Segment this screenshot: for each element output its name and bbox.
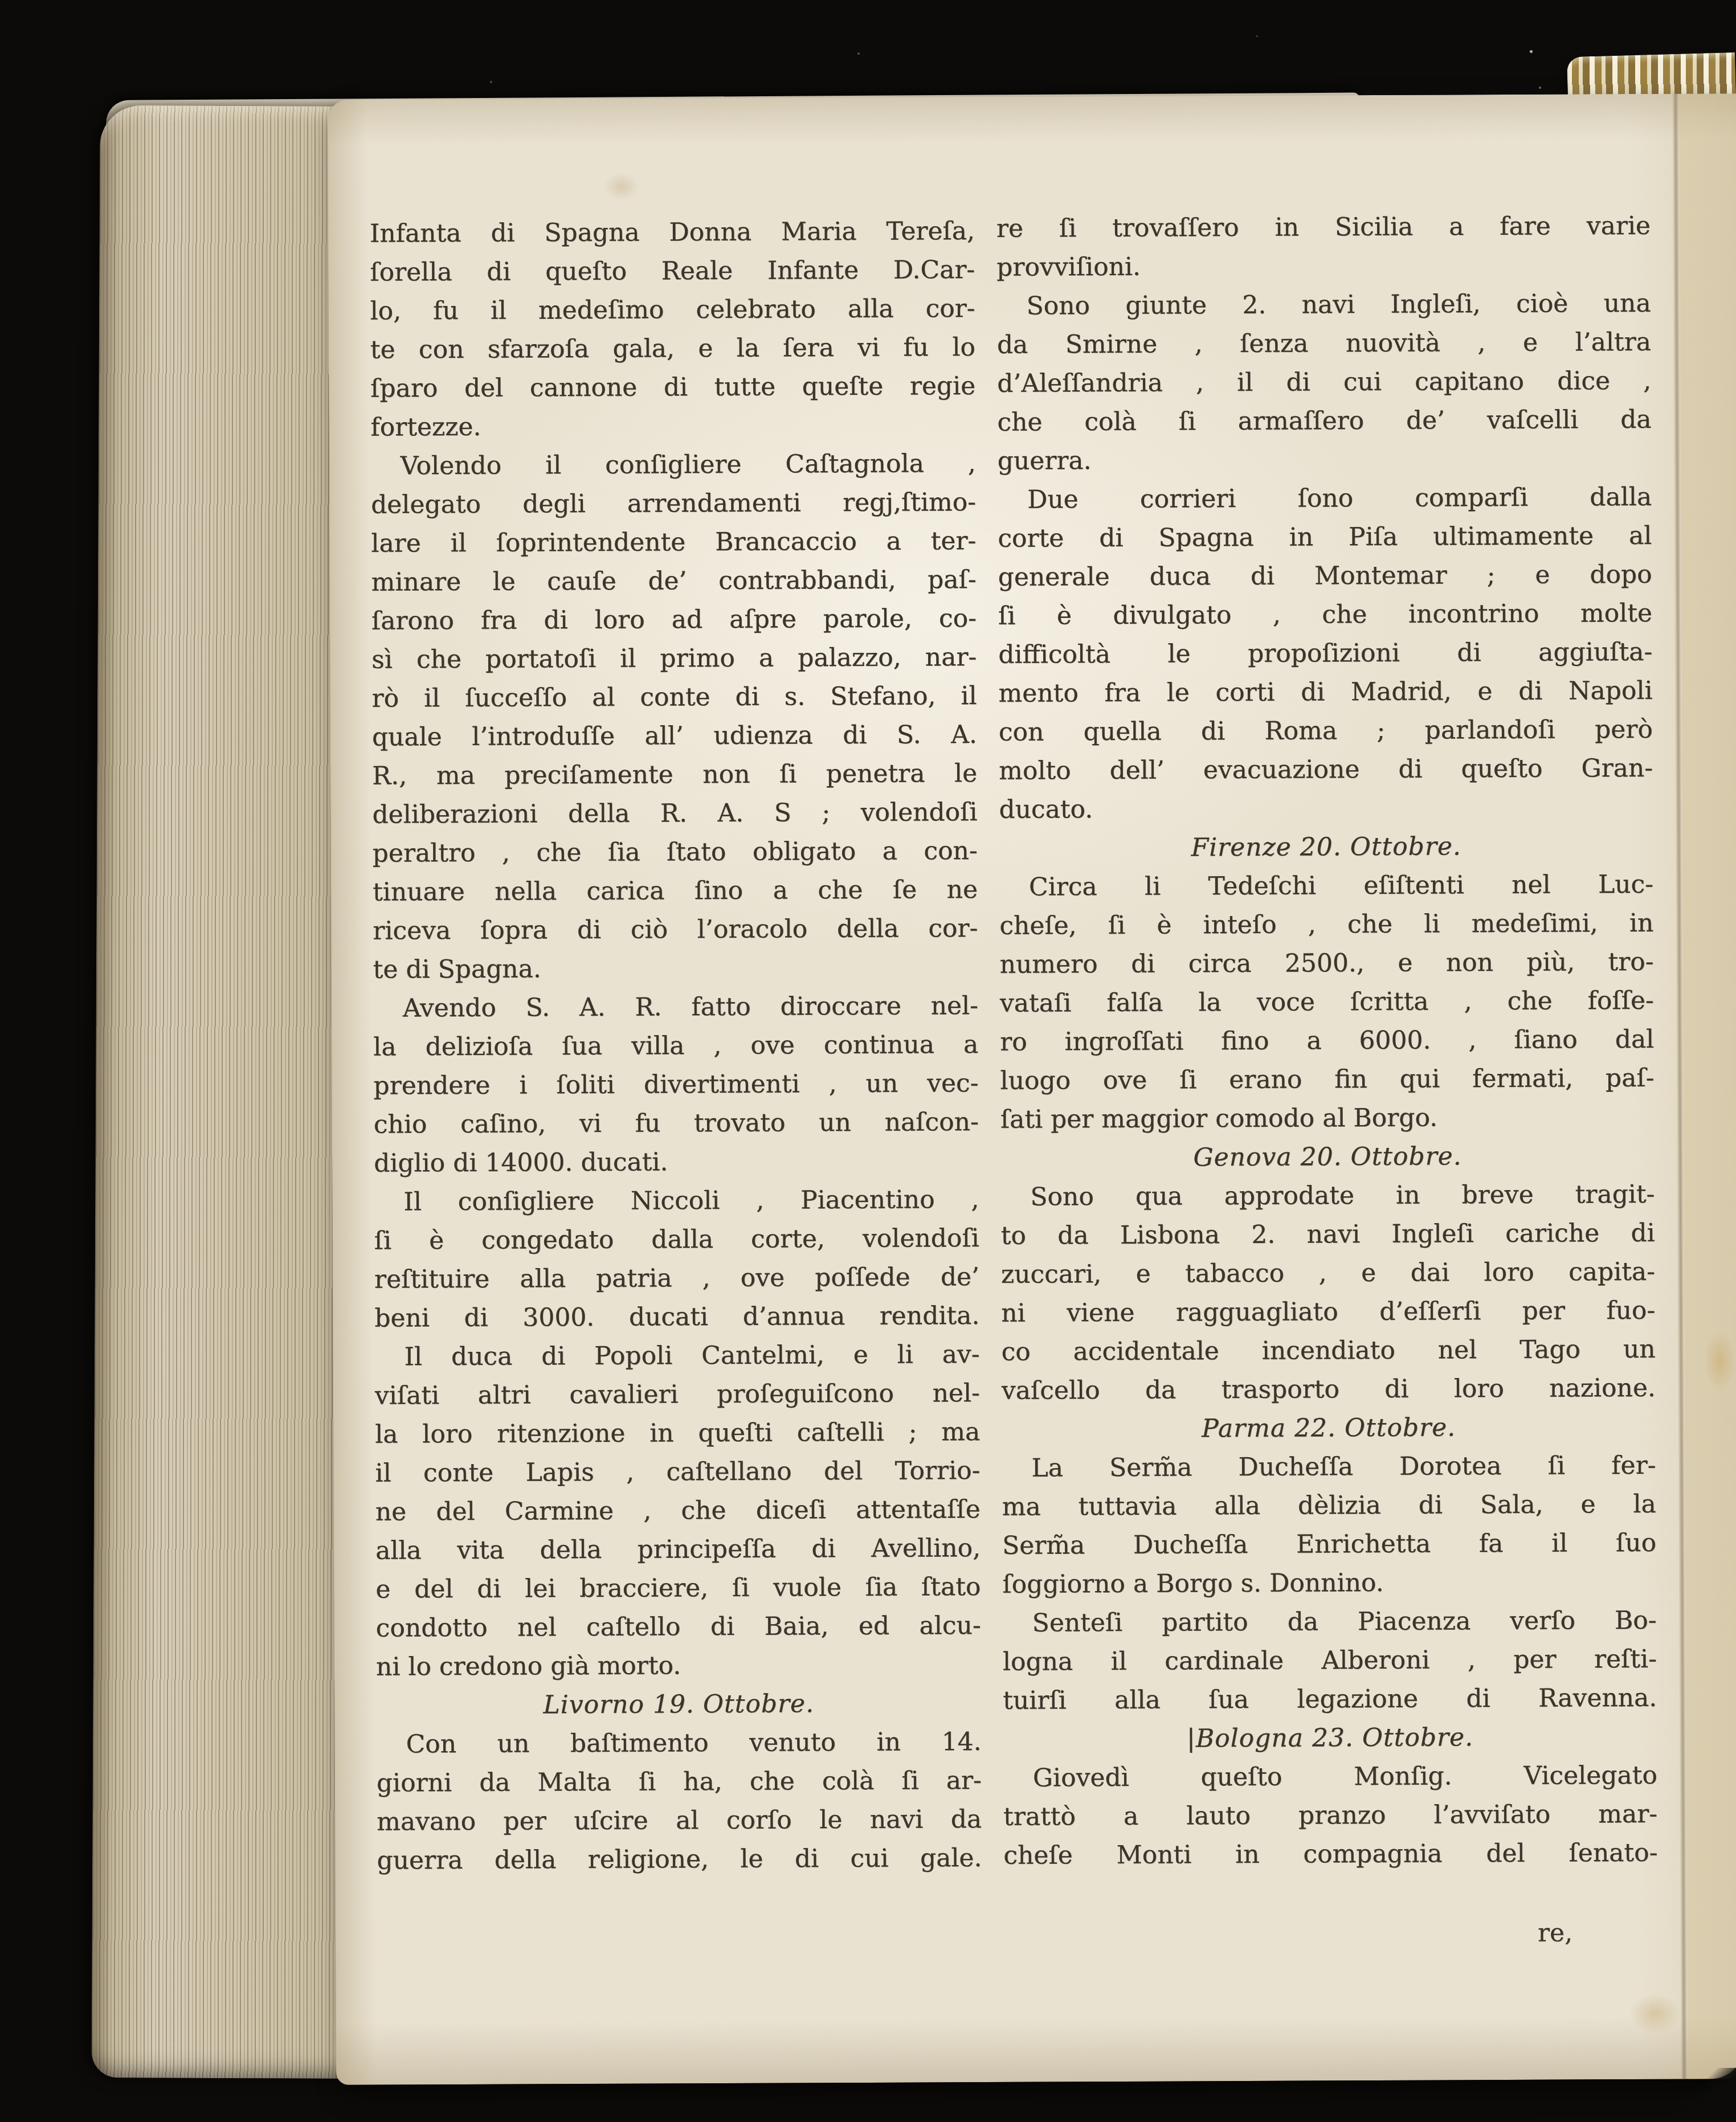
- text-line: logna il cardinale Alberoni , per reſti-: [1003, 1640, 1657, 1682]
- dust-speck: [1530, 50, 1533, 53]
- text-line: mento fra le corti di Madrid, e di Napol…: [998, 672, 1652, 713]
- text-line: che colà ſi armaſſero de’ vaſcelli da: [997, 400, 1651, 442]
- text-line: Il conſigliere Niccoli , Piacentino ,: [374, 1180, 979, 1222]
- text-line: diglio di 14000. ducati.: [374, 1142, 979, 1183]
- text-line: molto dell’ evacuazione di queſto Gran-: [999, 749, 1653, 791]
- text-line: Senteſi partito da Piacenza verſo Bo-: [1003, 1601, 1657, 1643]
- book-page: Infanta di Spagna Donna Maria Tereſa,ſor…: [328, 93, 1736, 2085]
- text-line: giorni da Malta ſi ha, che colà ſi ar-: [377, 1761, 982, 1803]
- catchword: re,: [1004, 1914, 1658, 1955]
- text-line: provviſioni.: [996, 246, 1651, 287]
- text-line: mavano per uſcire al corſo le navi da: [377, 1800, 982, 1842]
- text-line: chio caſino, vi fu trovato un naſcon-: [374, 1103, 979, 1144]
- text-line: Sono giunte 2. navi Ingleſi, cioè una: [996, 284, 1651, 326]
- text-line: prendere i ſoliti divertimenti , un vec-: [373, 1064, 978, 1106]
- text-line: ſparo del cannone di tutte queſte regie: [370, 367, 975, 408]
- text-line: ducato.: [999, 788, 1653, 829]
- text-line: luogo ove ſi erano fin qui fermati, paſ-: [1000, 1059, 1654, 1101]
- text-line: co accidentale incendiato nel Tago un: [1001, 1330, 1655, 1372]
- text-line: ni viene ragguagliato d’eſſerſi per fuo-: [1001, 1291, 1655, 1333]
- text-line: te di Spagna.: [373, 948, 978, 990]
- text-line: ſoggiorno a Borgo s. Donnino.: [1002, 1563, 1656, 1604]
- text-line: alla vita della principeſſa di Avellino,: [375, 1529, 981, 1571]
- text-line: e del di lei bracciere, ſi vuole ſia ſta…: [375, 1568, 981, 1609]
- text-line: Con un baſtimento venuto in 14.: [376, 1723, 981, 1764]
- text-line: numero di circa 2500., e non più, tro-: [999, 943, 1653, 984]
- paper-stain: [1617, 1985, 1692, 2043]
- text-column-left: Infanta di Spagna Donna Maria Tereſa,ſor…: [370, 212, 982, 1880]
- dust-speck: [1539, 87, 1541, 89]
- text-line: cheſe Monti in compagnia del ſenato-: [1003, 1834, 1657, 1875]
- text-line: d’Aleſſandria , il di cui capitano dice …: [997, 362, 1651, 403]
- text-line: ſi è divulgato , che incontrino molte: [998, 594, 1652, 636]
- text-line: con quella di Roma ; parlandoſi però: [999, 710, 1653, 752]
- dust-speck: [490, 81, 492, 83]
- text-line: generale duca di Montemar ; e dopo: [998, 555, 1652, 597]
- text-line: Sono qua approdate in breve tragit-: [1000, 1175, 1655, 1217]
- text-line: viſati altri cavalieri proſeguiſcono nel…: [375, 1374, 980, 1416]
- text-line: ſi è congedato dalla corte, volendoſi: [374, 1219, 979, 1261]
- text-line: Infanta di Spagna Donna Maria Tereſa,: [370, 212, 975, 254]
- text-line: ni lo credono già morto.: [376, 1645, 981, 1687]
- text-line: ro ingroſſati fino a 6000. , ſiano dal: [1000, 1020, 1654, 1062]
- text-line: to da Lisbona 2. navi Ingleſi cariche di: [1001, 1214, 1655, 1256]
- text-line: lo, fu il medeſimo celebrato alla cor-: [370, 289, 975, 331]
- text-line: guerra.: [998, 439, 1652, 481]
- text-line: reſtituire alla patria , ove poſſede de’: [374, 1258, 979, 1299]
- text-line: te con sfarzoſa gala, e la ſera vi fu lo: [370, 328, 975, 370]
- text-line: il conte Lapis , caſtellano del Torrio-: [375, 1452, 980, 1493]
- text-line: trattò a lauto pranzo l’avviſato mar-: [1003, 1795, 1657, 1837]
- dust-speck: [857, 52, 860, 55]
- text-line: vataſi falſa la voce ſcritta , che foſſe…: [1000, 982, 1654, 1023]
- paper-stain: [596, 167, 647, 207]
- text-line: ſarono fra di loro ad aſpre parole, co-: [371, 599, 977, 641]
- text-line: Avendo S. A. R. fatto diroccare nel-: [373, 987, 978, 1028]
- text-line: Il duca di Popoli Cantelmi, e li av-: [374, 1335, 979, 1377]
- dust-speck: [1256, 35, 1258, 37]
- text-line: guerra della religione, le di cui gale.: [377, 1839, 982, 1880]
- text-line: la delizioſa ſua villa , ove continua a: [373, 1025, 978, 1067]
- scanned-book-photo: { "colors": { "background": "#0c0b09", "…: [0, 0, 1736, 2122]
- text-line: ſorella di queſto Reale Infante D.Car-: [370, 251, 975, 292]
- text-line: corte di Spagna in Piſa ultimamente al: [998, 517, 1652, 558]
- text-line: lare il ſoprintendente Brancaccio a ter-: [371, 522, 976, 563]
- text-line: difficoltà le propoſizioni di aggiuſta-: [998, 633, 1652, 674]
- text-line: condotto nel caſtello di Baia, ed alcu-: [376, 1606, 981, 1648]
- text-line: delegato degli arrendamenti regj,ſtimo-: [371, 483, 976, 525]
- text-line: ne del Carmine , che diceſi attentaſſe: [375, 1490, 981, 1532]
- gutter-shadow: [1679, 93, 1736, 2079]
- text-line: Due corrieri ſono comparſi dalla: [998, 478, 1652, 520]
- text-line: minare le cauſe de’ contrabbandi, paſ-: [371, 561, 977, 602]
- fore-edge-page-stack: [91, 105, 361, 2079]
- text-line: Serm̃a Ducheſſa Enrichetta fa il ſuo: [1002, 1524, 1656, 1565]
- dateline-heading: Genova 20. Ottobre.: [1000, 1136, 1655, 1178]
- text-line: tinuare nella carica ſino a che ſe ne: [373, 870, 978, 912]
- dateline-heading: Parma 22. Ottobre.: [1002, 1408, 1656, 1449]
- text-line: R., ma preciſamente non ſi penetra le: [372, 754, 977, 796]
- text-line: Circa li Tedeſchi eſiſtenti nel Luc-: [999, 865, 1653, 907]
- text-line: sì che portatoſi il primo a palazzo, nar…: [371, 638, 977, 680]
- text-line: La Serm̃a Ducheſſa Dorotea ſi fer-: [1002, 1446, 1656, 1488]
- text-line: beni di 3000. ducati d’annua rendita.: [374, 1297, 979, 1338]
- text-line: peraltro , che ſia ſtato obligato a con-: [373, 832, 978, 873]
- text-line: fortezze.: [370, 406, 975, 447]
- dateline-heading: |Bologna 23. Ottobre.: [1003, 1718, 1657, 1759]
- dateline-heading: Livorno 19. Ottobre.: [376, 1684, 981, 1726]
- text-line: rò il ſucceſſo al conte di s. Stefano, i…: [371, 677, 977, 718]
- text-line: re ſi trovaſſero in Sicilia a fare varie: [996, 207, 1651, 248]
- text-line: vaſcello da trasporto di loro nazione.: [1002, 1369, 1656, 1410]
- text-line: tuirſi alla ſua legazione di Ravenna.: [1003, 1679, 1657, 1720]
- text-line: Volendo il conſigliere Caſtagnola ,: [371, 444, 976, 486]
- text-line: ſati per maggior comodo al Borgo.: [1000, 1098, 1655, 1139]
- text-line: riceva ſopra di ciò l’oracolo della cor-: [373, 909, 978, 951]
- dateline-heading: Firenze 20. Ottobre.: [999, 827, 1653, 868]
- text-line: cheſe, ſi è inteſo , che li medeſimi, in: [999, 904, 1653, 946]
- text-line: da Smirne , ſenza nuovità , e l’altra: [997, 323, 1651, 365]
- text-line: zuccari, e tabacco , e dai loro capita-: [1001, 1253, 1655, 1294]
- text-line: deliberazioni della R. A. S ; volendoſi: [372, 793, 977, 835]
- text-line: Giovedì queſto Monſig. Vicelegato: [1003, 1756, 1657, 1798]
- text-line: ma tuttavia alla dèlizia di Sala, e la: [1002, 1485, 1656, 1527]
- text-column-right: re ſi trovaſſero in Sicilia a fare varie…: [996, 207, 1658, 1875]
- text-line: la loro ritenzione in queſti caſtelli ; …: [375, 1413, 980, 1454]
- corner-notch: [1668, 2068, 1736, 2122]
- text-line: quale l’introduſſe all’ udienza di S. A.: [372, 715, 977, 757]
